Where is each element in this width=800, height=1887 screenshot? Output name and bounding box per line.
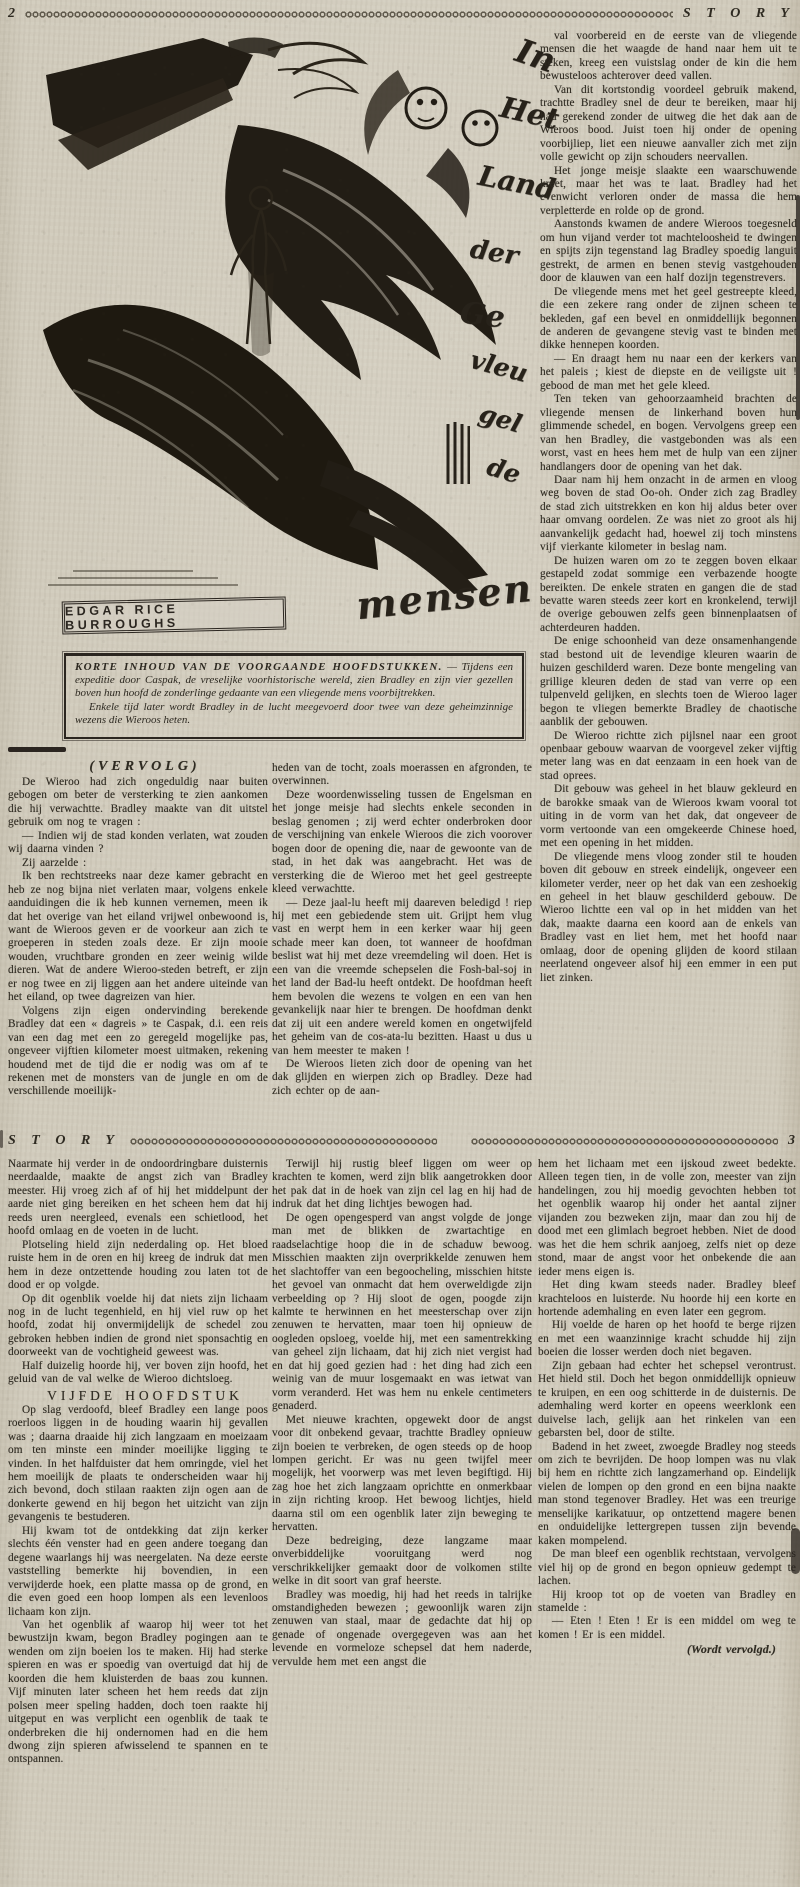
paragraph: De man bleef een ogenblik rechtstaan, ve… [538,1548,796,1588]
illustration-drawing [28,30,533,595]
paragraph: De Wieroo had zich ongeduldig naar buite… [8,776,268,830]
magazine-title: S T O R Y [683,6,795,22]
paragraph: — Deze jaal-lu heeft mij daareven beledi… [272,897,532,1058]
paragraph: Het jonge meisje slaakte een waarschuwen… [540,165,797,219]
paragraph: Daar nam hij hem onzacht in de armen en … [540,474,797,555]
paragraph: Hij kwam tot de ontdekking dat zijn kerk… [8,1525,268,1619]
column-text: hem het lichaam met een ijskoud zweet be… [538,1158,796,1642]
scan-edge-mark [796,195,800,420]
running-head-page2: 2 S T O R Y [8,6,795,22]
paragraph: De Wieroo richtte zich pijlsnel naar een… [540,730,797,784]
paragraph: — En draagt hem nu naar een der kerkers … [540,353,797,393]
column-text: Terwijl hij rustig bleef liggen om weer … [272,1158,532,1669]
paragraph: Van dit kortstondig voordeel gebruik mak… [540,84,797,165]
squiggle-divider [25,11,673,18]
paragraph: — Indien wij de stad konden verlaten, wa… [8,830,268,857]
paragraph: Met nieuwe krachten, opgewekt door de an… [272,1414,532,1535]
ink-smudge [8,747,66,752]
paragraph: Op dit ogenblik voelde hij dat niets zij… [8,1293,268,1360]
paragraph: Van het ogenblik af waarop hij weer tot … [8,1619,268,1767]
column-text: Op slag verdoofd, bleef Bradley een lang… [8,1404,268,1767]
squiggle-gap [447,1138,461,1145]
paragraph: Plotseling hield zijn nederdaling op. He… [8,1239,268,1293]
paragraph: — Eten ! Eten ! Er is een middel om weg … [538,1615,796,1642]
author-box: EDGAR RICE BURROUGHS [62,596,287,634]
column-text: heden van de tocht, zoals moerassen en a… [272,762,532,1098]
paragraph: De vliegende mens met het geel gestreept… [540,286,797,353]
magazine-page: { "header_top": { "page_number": "2", "m… [0,0,800,1887]
paragraph: De enige schoonheid van deze onsamenhang… [540,635,797,729]
paragraph: De huizen waren om zo te zeggen boven el… [540,555,797,636]
scan-edge-mark [791,1528,800,1574]
paragraph: Aanstonds kwamen de andere Wieroos toege… [540,218,797,285]
column-page2-middle: heden van de tocht, zoals moerassen en a… [272,762,532,1130]
column-text: Naarmate hij verder in de ondoordringbar… [8,1158,268,1387]
paragraph: Volgens zijn eigen ondervinding berekend… [8,1005,268,1099]
paragraph: Zij aarzelde : [8,857,268,870]
paragraph: De ogen opengesperd van angst volgde de … [272,1212,532,1414]
title-flourish-bars [444,420,470,492]
chapter-heading: VIJFDE HOOFDSTUK [8,1387,268,1404]
page-number-3: 3 [788,1133,795,1149]
squiggle-divider [471,1138,778,1145]
author-name: EDGAR RICE BURROUGHS [65,599,284,632]
scan-edge-mark [0,1130,3,1148]
page-number-2: 2 [8,6,15,22]
paragraph: Badend in het zweet, zwoegde Bradley nog… [538,1441,796,1549]
column-page3-right: hem het lichaam met een ijskoud zweet be… [538,1158,796,1884]
paragraph: hem het lichaam met een ijskoud zweet be… [538,1158,796,1279]
paragraph: Terwijl hij rustig bleef liggen om weer … [272,1158,532,1212]
paragraph: De Wieroos lieten zich door de opening v… [272,1058,532,1098]
column-text: val voorbereid en de eerste van de vlieg… [540,30,797,985]
title-word: Ge [458,295,507,335]
paragraph: heden van de tocht, zoals moerassen en a… [272,762,532,789]
paragraph: Ik ben rechtstreeks naar deze kamer gebr… [8,870,268,1005]
paragraph: Op slag verdoofd, bleef Bradley een lang… [8,1404,268,1525]
column-page3-middle: Terwijl hij rustig bleef liggen om weer … [272,1158,532,1884]
paragraph: Zijn gebaan had echter het schepsel vero… [538,1360,796,1441]
paragraph: Deze bedreiging, deze langzame maar onve… [272,1535,532,1589]
paragraph: Deze woordenwisseling tussen de Engelsma… [272,789,532,897]
paragraph: val voorbereid en de eerste van de vlieg… [540,30,797,84]
summary-paragraph: KORTE INHOUD VAN DE VOORGAANDE HOOFDSTUK… [75,661,513,701]
summary-lead: KORTE INHOUD VAN DE VOORGAANDE HOOFDSTUK… [75,661,443,673]
story-illustration [28,30,533,595]
paragraph: Hij kroop tot op de voeten van Bradley e… [538,1589,796,1616]
paragraph: Half duizelig hoorde hij, ver boven zijn… [8,1360,268,1387]
to-be-continued-note: (Wordt vervolgd.) [538,1642,796,1657]
paragraph: Dit gebouw was geheel in het blauw gekle… [540,783,797,850]
paragraph: Hij voelde de haren op het hoofd te berg… [538,1319,796,1359]
paragraph: Bradley was moedig, hij had het reeds in… [272,1589,532,1670]
paragraph: De vliegende mens vloog zonder stil te h… [540,851,797,986]
column-page2-right: val voorbereid en de eerste van de vlieg… [540,30,797,1130]
column-page2-left: (VERVOLG) De Wieroo had zich ongeduldig … [8,758,268,1130]
running-head-page3: S T O R Y 3 [8,1133,795,1149]
paragraph: Ten teken van gehoorzaamheid brachten de… [540,393,797,474]
column-text: De Wieroo had zich ongeduldig naar buite… [8,776,268,1099]
magazine-title: S T O R Y [8,1133,120,1149]
summary-paragraph: Enkele tijd later wordt Bradley in de lu… [75,701,513,727]
paragraph: Naarmate hij verder in de ondoordringbar… [8,1158,268,1239]
paragraph: Het ding kwam steeds nader. Bradley blee… [538,1279,796,1319]
squiggle-divider [130,1138,437,1145]
summary-box: KORTE INHOUD VAN DE VOORGAANDE HOOFDSTUK… [64,653,524,739]
continuation-heading: (VERVOLG) [8,758,268,776]
column-page3-left: Naarmate hij verder in de ondoordringbar… [8,1158,268,1884]
